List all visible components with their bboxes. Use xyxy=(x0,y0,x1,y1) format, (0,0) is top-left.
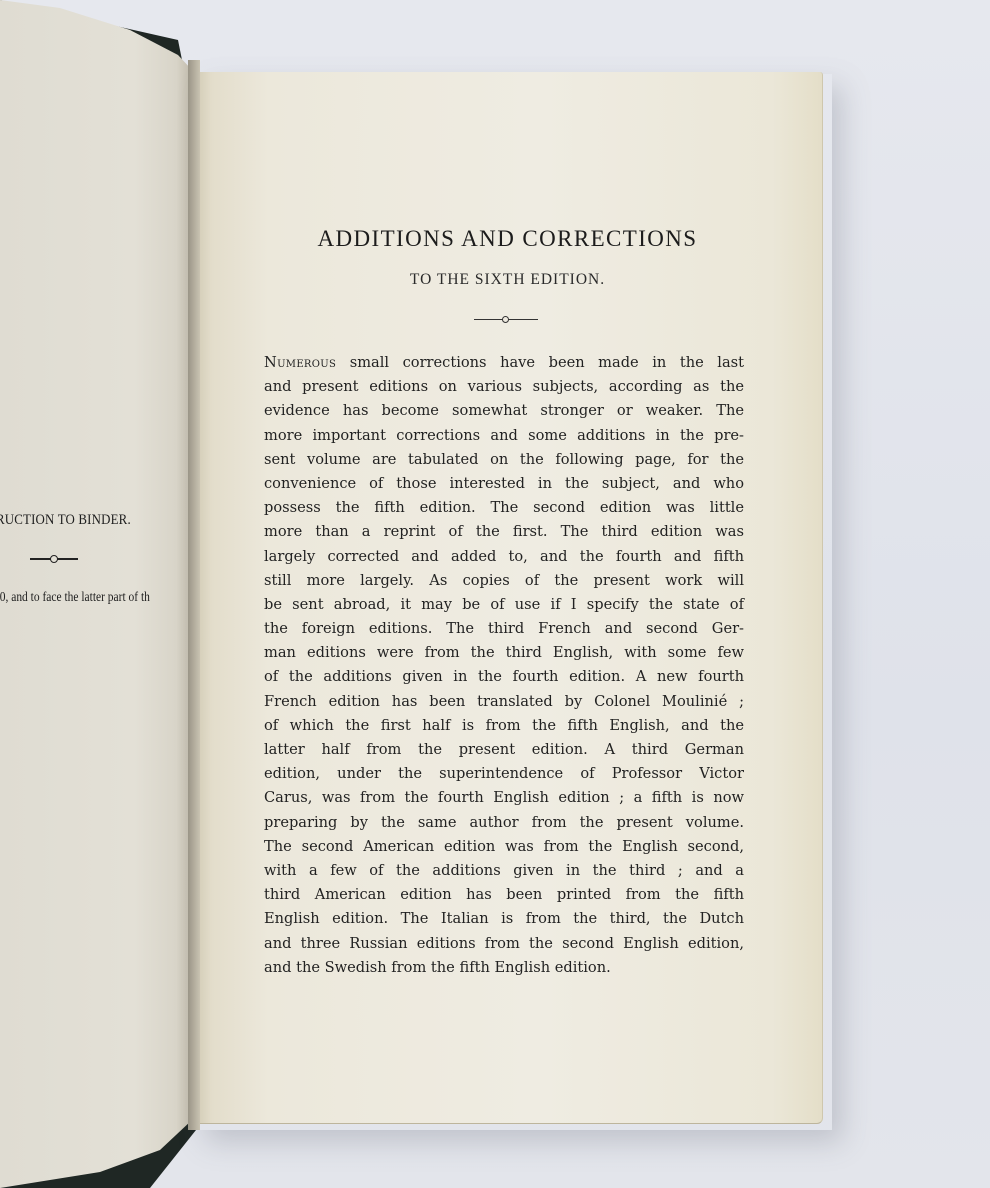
text-line: and the Swedish from the fifth English e… xyxy=(264,956,744,980)
page-subtitle: TO THE SIXTH EDITION. xyxy=(193,271,822,289)
photo-scene: RUCTION TO BINDER. 90, and to face the l… xyxy=(0,0,990,1188)
left-page: RUCTION TO BINDER. 90, and to face the l… xyxy=(0,0,192,1188)
text-line: English edition. The Italian is from the… xyxy=(264,907,744,931)
text-line: be sent abroad, it may be of use if I sp… xyxy=(264,593,744,617)
text-line: man editions were from the third English… xyxy=(264,641,744,665)
text-line: The second American edition was from the… xyxy=(264,835,744,859)
text-line: still more largely. As copies of the pre… xyxy=(264,569,744,593)
left-page-instruction: 90, and to face the latter part of the V… xyxy=(0,590,150,606)
body-paragraph: Numerous small corrections have been mad… xyxy=(264,351,744,980)
book-gutter xyxy=(188,60,200,1130)
text-line: possess the fifth edition. The second ed… xyxy=(264,496,744,520)
left-ornament-icon xyxy=(30,558,78,560)
page-title: ADDITIONS AND CORRECTIONS xyxy=(193,226,822,252)
lead-word: Numerous xyxy=(264,354,336,371)
left-page-heading: RUCTION TO BINDER. xyxy=(0,512,159,529)
text-line: Carus, was from the fourth English editi… xyxy=(264,786,744,810)
text-line: largely corrected and added to, and the … xyxy=(264,545,744,569)
text-line: French edition has been translated by Co… xyxy=(264,690,744,714)
text-line: latter half from the present edition. A … xyxy=(264,738,744,762)
text-line: of the additions given in the fourth edi… xyxy=(264,665,744,689)
text-line: with a few of the additions given in the… xyxy=(264,859,744,883)
text-line: Numerous small corrections have been mad… xyxy=(264,351,744,375)
text-line: edition, under the superintendence of Pr… xyxy=(264,762,744,786)
text-line: more important corrections and some addi… xyxy=(264,424,744,448)
ornament-rule-icon xyxy=(474,319,538,320)
text-line: and three Russian editions from the seco… xyxy=(264,932,744,956)
text-fragment: small corrections have been made in the … xyxy=(336,354,744,371)
text-line: more than a reprint of the first. The th… xyxy=(264,520,744,544)
text-line: third American edition has been printed … xyxy=(264,883,744,907)
text-line: sent volume are tabulated on the followi… xyxy=(264,448,744,472)
text-line: and present editions on various subjects… xyxy=(264,375,744,399)
text-line: convenience of those interested in the s… xyxy=(264,472,744,496)
text-line: the foreign editions. The third French a… xyxy=(264,617,744,641)
text-line: evidence has become somewhat stronger or… xyxy=(264,399,744,423)
text-line: preparing by the same author from the pr… xyxy=(264,811,744,835)
text-line: of which the first half is from the fift… xyxy=(264,714,744,738)
